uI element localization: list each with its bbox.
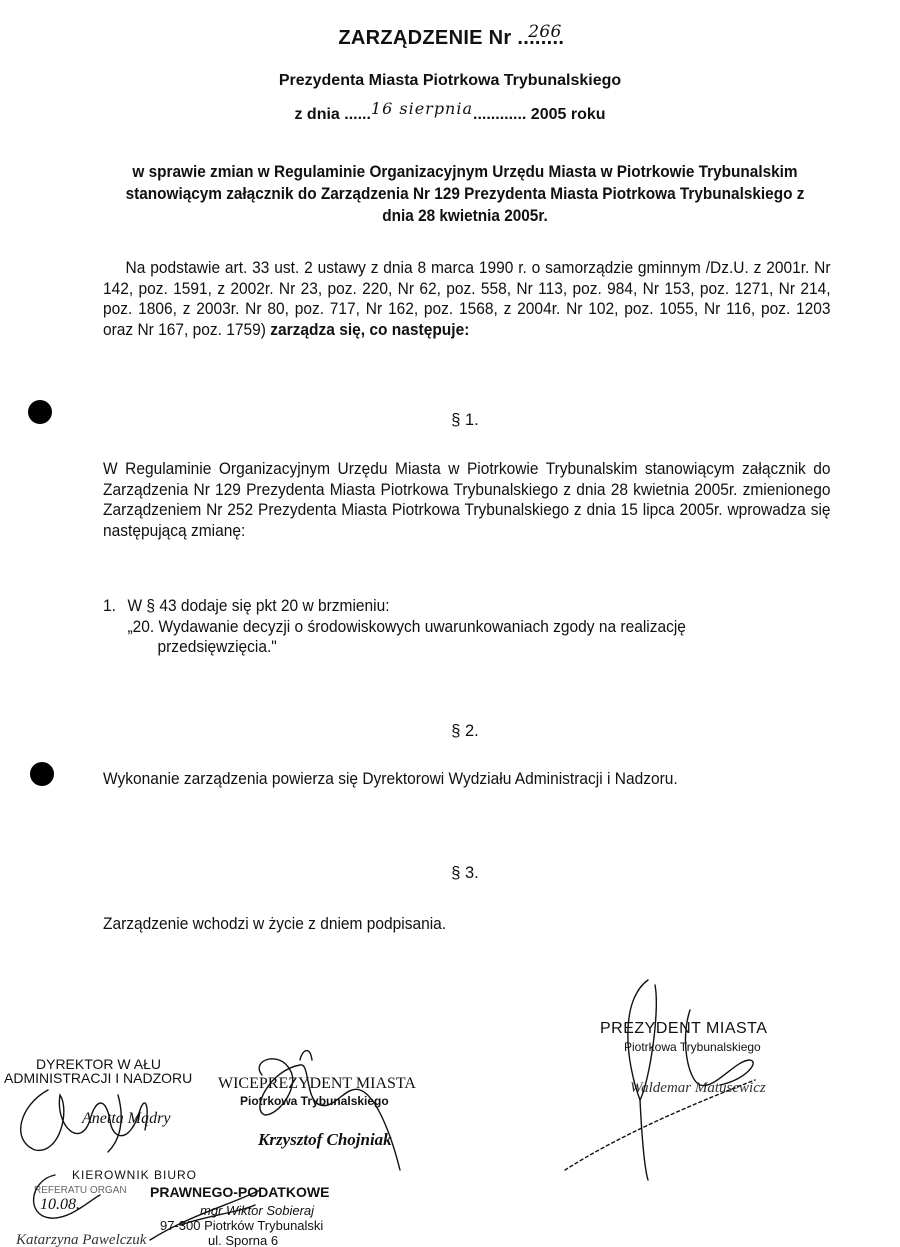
legal-office-stamp-line-2-left: REFERATU ORGAN [34, 1185, 127, 1196]
section-2-heading: § 2. [0, 722, 900, 741]
vice-president-name: Krzysztof Chojniak [258, 1130, 392, 1150]
legal-office-stamp-line-1: KIEROWNIK BIURO [72, 1168, 197, 1182]
date-prefix: z dnia [294, 106, 344, 123]
document-page: ZARZĄDZENIE Nr ........266 Prezydenta Mi… [0, 0, 900, 1247]
director-stamp-line-1: DYREKTOR W AŁU [30, 1057, 192, 1071]
section-2-text: Wykonanie zarządzenia powierza się Dyrek… [103, 769, 831, 790]
president-stamp-line-2: Piotrkowa Trybunalskiego [624, 1040, 761, 1054]
president-stamp-line-1: PREZYDENT MIASTA [600, 1020, 767, 1038]
document-title: ZARZĄDZENIE Nr ........266 [0, 27, 900, 50]
document-subject: w sprawie zmian w Regulaminie Organizacy… [121, 161, 809, 227]
legal-basis-paragraph: Na podstawie art. 33 ust. 2 ustawy z dni… [103, 258, 831, 340]
director-stamp: DYREKTOR W AŁU ADMINISTRACJI I NADZORU [30, 1057, 192, 1085]
list-item: 1.W § 43 dodaje się pkt 20 w brzmieniu: [103, 596, 846, 617]
section-3-text: Zarządzenie wchodzi w życie z dniem podp… [103, 914, 831, 935]
legal-office-stamp-line-2-right: PRAWNEGO-PODATKOWE [150, 1184, 329, 1200]
date-suffix: 2005 roku [526, 106, 605, 123]
president-name: Waldemar Matusewicz [630, 1080, 766, 1097]
handwritten-initials: 10.08. [40, 1196, 80, 1214]
legal-office-stamp-line-3: mgr Wiktor Sobieraj [200, 1203, 314, 1218]
list-item-quote-line-1: „20. Wydawanie decyzji o środowiskowych … [103, 617, 846, 638]
list-item-quote-line-2: przedsięwzięcia." [103, 637, 846, 658]
legal-office-stamp-line-4: 97-300 Piotrków Trybunalski [160, 1218, 323, 1233]
vice-president-stamp-line-2: Piotrkowa Trybunalskiego [240, 1094, 389, 1108]
section-1-text: W Regulaminie Organizacyjnym Urzędu Mias… [103, 459, 831, 541]
list-item-number: 1. [103, 596, 127, 617]
punch-hole-mark [30, 762, 54, 786]
legal-office-stamp-line-5-left: Katarzyna Pawelczuk [16, 1232, 146, 1247]
handwritten-number: 266 [528, 22, 561, 42]
legal-office-stamp-line-5-right: ul. Sporna 6 [208, 1233, 278, 1247]
vice-president-stamp-line-1: WICEPREZYDENT MIASTA [218, 1075, 416, 1093]
section-1-list: 1.W § 43 dodaje się pkt 20 w brzmieniu: … [103, 596, 846, 658]
document-date: z dnia ......16 sierpnia............ 200… [0, 104, 900, 124]
list-item-text: W § 43 dodaje się pkt 20 w brzmieniu: [127, 597, 389, 615]
section-1-heading: § 1. [0, 411, 900, 430]
date-dots-right: ............ [473, 106, 526, 123]
title-prefix: ZARZĄDZENIE Nr [338, 27, 511, 49]
legal-basis-bold: zarządza się, co następuje: [270, 321, 469, 339]
document-subtitle: Prezydenta Miasta Piotrkowa Trybunalskie… [0, 72, 900, 90]
handwritten-date: 16 sierpnia [371, 99, 473, 118]
director-stamp-line-2: ADMINISTRACJI I NADZORU [4, 1071, 192, 1085]
date-dots-left: ...... [344, 106, 371, 123]
section-3-heading: § 3. [0, 864, 900, 883]
director-name: Anetta Mądry [82, 1110, 170, 1128]
